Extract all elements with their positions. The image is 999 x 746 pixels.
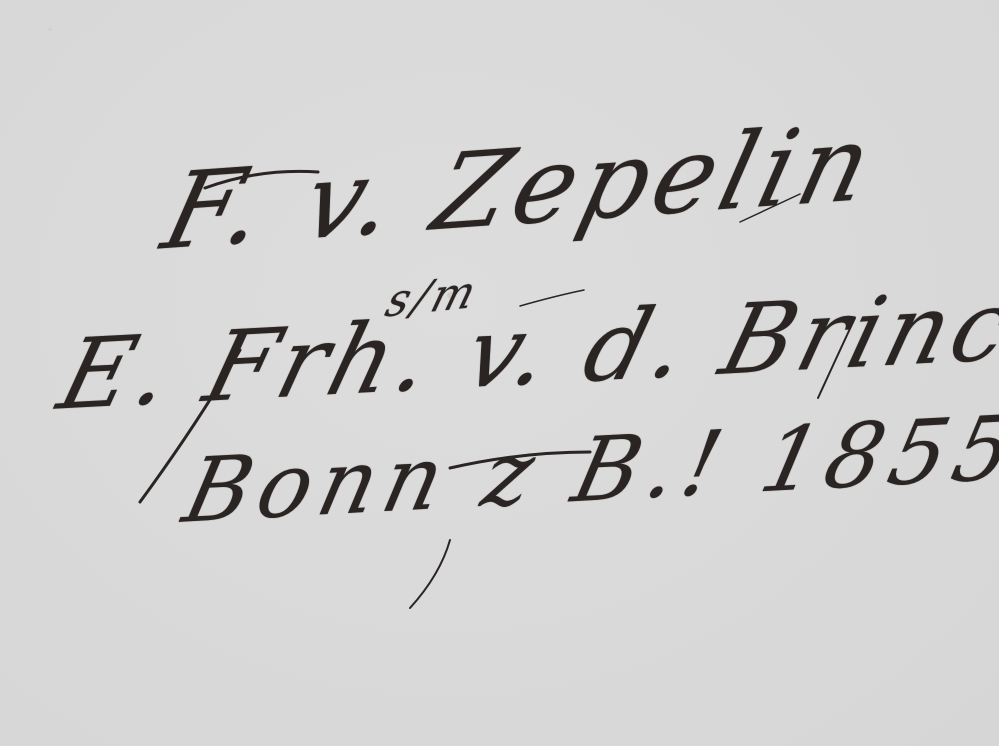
- glaze-speck: [48, 28, 52, 31]
- inscription-line-name: F. v. Zepelin: [152, 100, 889, 274]
- porcelain-surface: F. v. Zepelin s/m E. Frh. v. d. Brincken…: [0, 0, 999, 746]
